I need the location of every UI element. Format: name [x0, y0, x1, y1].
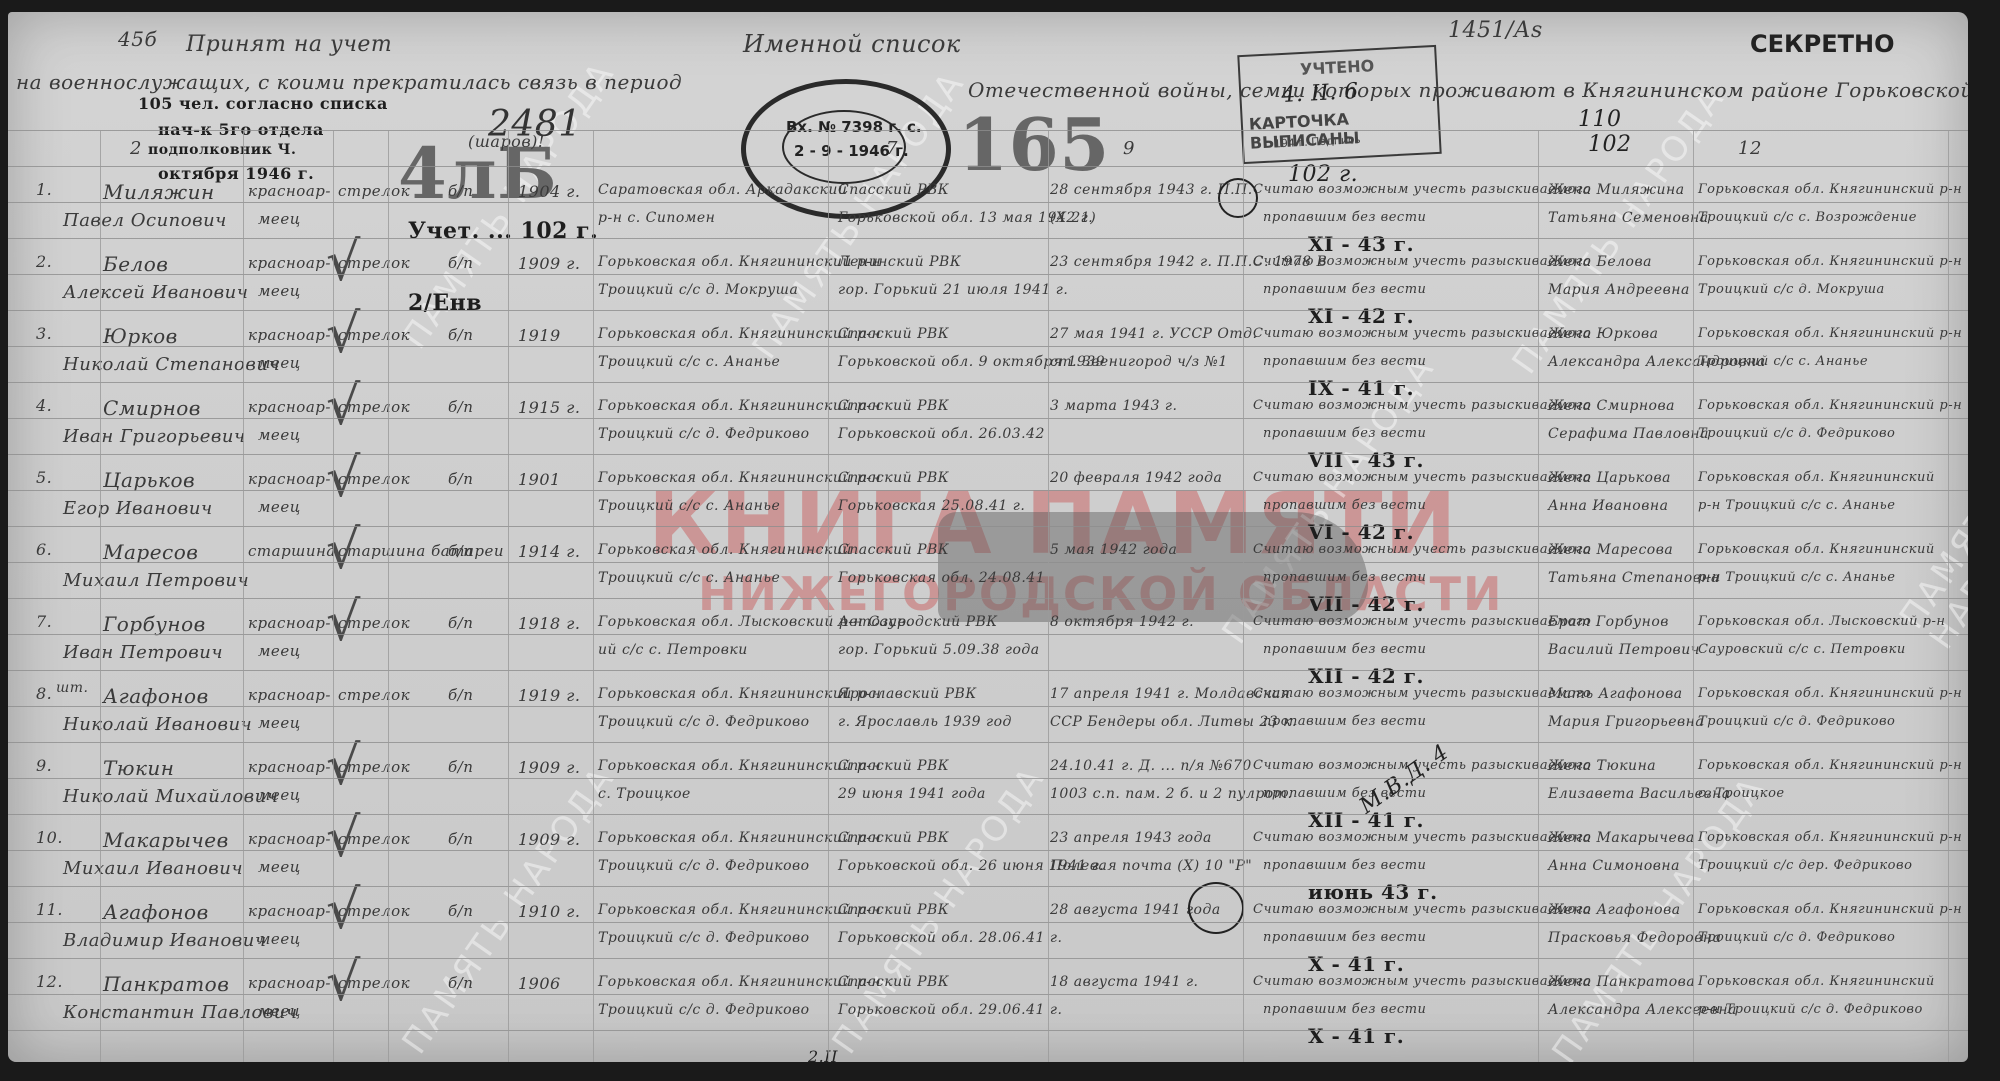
- last-contact-cont: ст. Звенигород ч/з №1: [1050, 354, 1228, 370]
- birth-year: 1914 г.: [518, 542, 580, 561]
- surname: Белов: [103, 252, 168, 276]
- checkmark-icon: √: [326, 230, 360, 293]
- ruled-line: [8, 454, 1968, 455]
- relative: Брат Горбунов: [1548, 614, 1669, 630]
- ruled-line: [8, 886, 1968, 887]
- decision-note-cont: пропавшим без вести: [1263, 642, 1426, 657]
- row-number: 12.: [36, 972, 63, 991]
- ruled-line: [8, 706, 1968, 707]
- row-number: 11.: [36, 900, 63, 919]
- row-number: 2.: [36, 252, 52, 271]
- fraction-bottom: 102: [1588, 132, 1632, 157]
- birth-year: 1906: [518, 974, 561, 993]
- annotation: Учет. ... 102 г.: [408, 218, 598, 244]
- draft-office: Спасский РВК: [838, 542, 949, 558]
- document-title: Именной список: [743, 30, 961, 58]
- rank-cont: меец: [258, 786, 301, 804]
- ruled-line: [8, 274, 1968, 275]
- ruled-line: [8, 310, 1968, 311]
- ruled-line: [8, 778, 1968, 779]
- row-number: 7.: [36, 612, 52, 631]
- ruled-line: [8, 634, 1968, 635]
- bottom-mark: 2.II: [808, 1047, 838, 1062]
- decision-note-cont: пропавшим без вести: [1263, 714, 1426, 729]
- birth-year: 1909 г.: [518, 758, 580, 777]
- ruled-line: [8, 670, 1968, 671]
- relative: Жена Смирнова: [1548, 398, 1675, 414]
- draft-date: Горьковская 25.08.41 г.: [838, 498, 1025, 514]
- given-name-patronymic: Владимир Иванович: [63, 930, 267, 951]
- family-address-cont: р-н Троицкий с/с с. Ананье: [1698, 570, 1895, 585]
- col-header-2: 2: [130, 138, 142, 159]
- decision-note: Считаю возможным учесть разыскиваемого: [1253, 182, 1591, 197]
- birthplace-cont: Троицкий с/с д. Федриково: [598, 1002, 810, 1018]
- decision-note: Считаю возможным учесть разыскиваемого: [1253, 326, 1591, 341]
- relative: Жена Макарычева: [1548, 830, 1695, 846]
- relative-name: Татьяна Семеновна: [1548, 210, 1709, 226]
- intro-text-right: Отечественной войны, семьи которых прожи…: [968, 78, 1968, 102]
- rank: старшина: [248, 542, 336, 560]
- note-accepted: Принят на учет: [186, 32, 392, 57]
- birthplace-cont: Троицкий с/с д. Федриково: [598, 858, 810, 874]
- column-divider: [1243, 130, 1244, 1062]
- ruled-line: [8, 166, 1968, 167]
- last-contact-cont: Полевая почта (Х) 10 "Р": [1050, 858, 1252, 874]
- surname: Царьков: [103, 468, 195, 492]
- row-number: 6.: [36, 540, 52, 559]
- party-status: б/п: [448, 398, 473, 416]
- draft-office: Спасский РВК: [838, 398, 949, 414]
- column-divider: [1048, 130, 1049, 1062]
- checkmark-icon: √: [326, 590, 360, 653]
- rank: красноар-: [248, 182, 331, 200]
- ruled-line: [8, 922, 1968, 923]
- given-name-patronymic: Егор Иванович: [63, 498, 213, 519]
- stamp-rect-mid: 4. II. 6: [1281, 79, 1360, 108]
- birthplace-cont: Троицкий с/с д. Федриково: [598, 930, 810, 946]
- last-contact: 18 августа 1941 г.: [1050, 974, 1198, 990]
- family-address-cont: р-н Троицкий с/с д. Федриково: [1698, 1002, 1923, 1017]
- column-divider: [388, 130, 389, 1062]
- decision-note: Считаю возможным учесть разыскиваемого: [1253, 830, 1591, 845]
- ruled-line: [8, 598, 1968, 599]
- decision-note-cont: пропавшим без вести: [1263, 210, 1426, 225]
- relative: Жена Миляжина: [1548, 182, 1685, 198]
- checkmark-icon: √: [326, 878, 360, 941]
- decision-note: Считаю возможным учесть разыскиваемого: [1253, 542, 1591, 557]
- missing-date: VII - 43 г.: [1308, 448, 1424, 472]
- party-status: б/п: [448, 902, 473, 920]
- note-number: 45б: [118, 27, 157, 51]
- surname: Горбунов: [103, 612, 206, 636]
- missing-date: XII - 42 г.: [1308, 664, 1424, 688]
- draft-office: Спасский РВК: [838, 470, 949, 486]
- fraction-top: 110: [1578, 107, 1622, 132]
- rank: красноар-: [248, 326, 331, 344]
- relative-name: Мария Андреевна: [1548, 282, 1690, 298]
- ruled-line: [8, 1030, 1968, 1031]
- row-number: 10.: [36, 828, 63, 847]
- family-address: Горьковская обл. Княгининский: [1698, 470, 1935, 485]
- ruled-line: [8, 346, 1968, 347]
- column-divider: [1948, 130, 1949, 1062]
- ruled-line: [8, 418, 1968, 419]
- birthplace: Горьковская обл. Княгининский: [598, 542, 852, 558]
- draft-date: г. Ярославль 1939 год: [838, 714, 1012, 730]
- given-name-patronymic: Николай Михайлович: [63, 786, 278, 807]
- rank: красноар-: [248, 470, 331, 488]
- family-address: Горьковская обл. Княгининский р-н: [1698, 758, 1962, 773]
- family-address-cont: Троицкий с/с д. Федриково: [1698, 426, 1895, 441]
- draft-date: гор. Горький 21 июля 1941 г.: [838, 282, 1068, 298]
- given-name-patronymic: Павел Осипович: [63, 210, 227, 231]
- birthplace-cont: Троицкий с/с с. Ананье: [598, 354, 780, 370]
- decision-note-cont: пропавшим без вести: [1263, 858, 1426, 873]
- last-contact-cont: 1003 с.п. пам. 2 б. и 2 пулрот.: [1050, 786, 1292, 802]
- relative-name: Анна Симоновна: [1548, 858, 1680, 874]
- column-divider: [593, 130, 594, 1062]
- relative-name: Анна Ивановна: [1548, 498, 1668, 514]
- last-contact: 5 мая 1942 года: [1050, 542, 1177, 558]
- given-name-patronymic: Николай Иванович: [63, 714, 252, 735]
- family-address-cont: Троицкий с/с д. Федриково: [1698, 714, 1895, 729]
- birthplace-cont: Троицкий с/с д. Мокруша: [598, 282, 798, 298]
- party-status: б/п: [448, 326, 473, 344]
- missing-date: VII - 42 г.: [1308, 592, 1424, 616]
- family-address-cont: Троицкий с/с с. Ананье: [1698, 354, 1868, 369]
- last-contact: 23 апреля 1943 года: [1050, 830, 1212, 846]
- relative-name: Серафима Павловна: [1548, 426, 1709, 442]
- ruled-line: [8, 994, 1968, 995]
- surname: Макарычев: [103, 828, 229, 852]
- draft-date: Горьковской обл. 26.03.42: [838, 426, 1045, 442]
- surname: Юрков: [103, 324, 178, 348]
- decision-note-cont: пропавшим без вести: [1263, 930, 1426, 945]
- column-divider: [243, 130, 244, 1062]
- rank: красноар-: [248, 830, 331, 848]
- column-divider: [333, 130, 334, 1062]
- surname: Панкратов: [103, 972, 229, 996]
- birthplace-cont: Троицкий с/с с. Ананье: [598, 498, 780, 514]
- row-number: 1.: [36, 180, 52, 199]
- family-address: Горьковская обл. Княгининский р-н: [1698, 902, 1962, 917]
- decision-note: Считаю возможным учесть разыскиваемого: [1253, 686, 1591, 701]
- relative: Жена Юркова: [1548, 326, 1659, 342]
- draft-date: 29 июня 1941 года: [838, 786, 986, 802]
- family-address: Горьковская обл. Княгининский р-н: [1698, 326, 1962, 341]
- given-name-patronymic: Михаил Иванович: [63, 858, 243, 879]
- archival-document-sheet: КНИГА ПАМЯТИ НИЖЕГОРОДСКОЙ ОБЛАСТИ ПАМЯТ…: [8, 12, 1968, 1062]
- draft-date: Горьковская обл. 24.08.41: [838, 570, 1045, 586]
- draft-office: Спасский РВК: [838, 974, 949, 990]
- decision-note-cont: пропавшим без вести: [1263, 1002, 1426, 1017]
- decision-note-cont: пропавшим без вести: [1263, 498, 1426, 513]
- relative: Жена Панкратова: [1548, 974, 1695, 990]
- family-address: Горьковская обл. Княгининский р-н: [1698, 830, 1962, 845]
- ruled-line: [8, 238, 1968, 239]
- family-address: Горьковская обл. Княгининский р-н: [1698, 398, 1962, 413]
- decision-note-cont: пропавшим без вести: [1263, 426, 1426, 441]
- family-address-cont: Троицкий с/с д. Федриково: [1698, 930, 1895, 945]
- birth-year: 1919 г.: [518, 686, 580, 705]
- checkmark-icon: √: [326, 806, 360, 869]
- column-divider: [828, 130, 829, 1062]
- decision-note: Считаю возможным учесть разыскиваемого: [1253, 974, 1591, 989]
- draft-office: Спасский РВК: [838, 902, 949, 918]
- draft-date: Горьковской обл. 28.06.41 г.: [838, 930, 1062, 946]
- family-address-cont: р-н Троицкий с/с с. Ананье: [1698, 498, 1895, 513]
- relative: Жена Тюкина: [1548, 758, 1656, 774]
- row-number: 8.: [36, 684, 52, 703]
- missing-date: XI - 43 г.: [1308, 232, 1414, 256]
- rank-cont: меец: [258, 498, 301, 516]
- family-address-cont: Троицкий с/с дер. Федриково: [1698, 858, 1912, 873]
- last-contact: 24.10.41 г. Д. ... п/я №670: [1050, 758, 1252, 774]
- surname: Агафонов: [103, 684, 209, 708]
- relative-name: Василий Петрович: [1548, 642, 1700, 658]
- intro-text-left: на военнослужащих, с коими прекратилась …: [16, 70, 682, 94]
- rank: красноар-: [248, 974, 331, 992]
- birth-year: 1904 г.: [518, 182, 580, 201]
- birthplace-cont: Троицкий с/с с. Ананье: [598, 570, 780, 586]
- surname: Миляжин: [103, 180, 215, 204]
- annotation: 2/Енв: [408, 290, 482, 316]
- surname: Тюкин: [103, 756, 174, 780]
- family-address: Горьковская обл. Княгининский: [1698, 974, 1935, 989]
- draft-date: Горьковской обл. 29.06.41 г.: [838, 1002, 1062, 1018]
- position: старшина батареи: [338, 542, 504, 560]
- party-status: б/п: [448, 254, 473, 272]
- relative-name: Татьяна Степановна: [1548, 570, 1720, 586]
- stamp-incoming-number: Вх. № 7398 г. с.: [786, 118, 922, 136]
- given-name-patronymic: Иван Петрович: [63, 642, 223, 663]
- missing-date: июнь 43 г.: [1308, 880, 1438, 904]
- decision-note-cont: пропавшим без вести: [1263, 354, 1426, 369]
- last-contact: 27 мая 1941 г. УССР Отд.: [1050, 326, 1257, 342]
- rank: красноар-: [248, 686, 331, 704]
- checkmark-icon: √: [326, 302, 360, 365]
- relative: Мать Агафонова: [1548, 686, 1683, 702]
- family-address: Горьковская обл. Лысковский р-н: [1698, 614, 1945, 629]
- birth-year: 1909 г.: [518, 254, 580, 273]
- draft-office: Спасский РВК: [838, 830, 949, 846]
- circled-x-mark: [1218, 178, 1258, 218]
- last-contact-cont: ССР Бендеры обл. Литвы 23 к.: [1050, 714, 1297, 730]
- ruled-line: [8, 562, 1968, 563]
- decision-note-cont: пропавшим без вести: [1263, 282, 1426, 297]
- checkmark-icon: √: [326, 950, 360, 1013]
- party-status: б/п: [448, 686, 473, 704]
- rank: красноар-: [248, 614, 331, 632]
- given-name-patronymic: Михаил Петрович: [63, 570, 249, 591]
- col-header-12: 12: [1738, 138, 1762, 159]
- note-signed: подполковник Ч.: [148, 142, 296, 158]
- decision-note: Считаю возможным учесть разыскиваемого: [1253, 902, 1591, 917]
- party-status: б/п: [448, 974, 473, 992]
- given-name-patronymic: Николай Степанович: [63, 354, 280, 375]
- missing-date: XI - 42 г.: [1308, 304, 1414, 328]
- relative: Жена Белова: [1548, 254, 1652, 270]
- birthplace-cont: Троицкий с/с д. Федриково: [598, 714, 810, 730]
- position: стрелок: [338, 182, 410, 200]
- checkmark-icon: √: [326, 446, 360, 509]
- rank-cont: меец: [258, 930, 301, 948]
- checkmark-icon: √: [326, 518, 360, 581]
- party-status: б/п: [448, 830, 473, 848]
- given-name-patronymic: Алексей Иванович: [63, 282, 248, 303]
- party-status: б/п: [448, 182, 473, 200]
- decision-note: Считаю возможным учесть разыскиваемого: [1253, 398, 1591, 413]
- rank: красноар-: [248, 758, 331, 776]
- decision-note: Считаю возможным учесть разыскиваемого: [1253, 614, 1591, 629]
- birth-year: 1915 г.: [518, 398, 580, 417]
- note-shadrov: (шаров)!: [468, 132, 545, 151]
- draft-office: Спасский РВК: [838, 326, 949, 342]
- birth-year: 1919: [518, 326, 561, 345]
- rank-cont: меец: [258, 1002, 301, 1020]
- rank-cont: меец: [258, 858, 301, 876]
- decision-note: Считаю возможным учесть разыскиваемого: [1253, 254, 1591, 269]
- surname: Маресов: [103, 540, 198, 564]
- rank-cont: меец: [258, 210, 301, 228]
- rank-cont: меец: [258, 426, 301, 444]
- last-contact-cont: (Х 21): [1050, 210, 1096, 226]
- party-status: б/п: [448, 470, 473, 488]
- family-address: Горьковская обл. Княгининский р-н: [1698, 182, 1962, 197]
- circled-x-mark: [1188, 882, 1244, 934]
- ruled-line: [8, 850, 1968, 851]
- rank-cont: меец: [258, 282, 301, 300]
- birth-year: 1909 г.: [518, 830, 580, 849]
- checkmark-icon: √: [326, 374, 360, 437]
- birthplace-cont: р-н с. Сипомен: [598, 210, 715, 226]
- ruled-line: [8, 490, 1968, 491]
- relative: Жена Маресова: [1548, 542, 1673, 558]
- rank-cont: меец: [258, 354, 301, 372]
- family-address-cont: Сауровский с/с с. Петровки: [1698, 642, 1906, 657]
- draft-office: Ярославский РВК: [838, 686, 977, 702]
- column-divider: [100, 130, 101, 1062]
- ruled-line: [8, 130, 1968, 131]
- given-name-patronymic: Иван Григорьевич: [63, 426, 246, 447]
- relative-name: Мария Григорьевна: [1548, 714, 1704, 730]
- column-divider: [1693, 130, 1694, 1062]
- family-address-cont: с. Троицкое: [1698, 786, 1785, 801]
- position: стрелок: [338, 686, 410, 704]
- rank-cont: меец: [258, 714, 301, 732]
- birth-year: 1918 г.: [518, 614, 580, 633]
- family-address: Горьковская обл. Княгининский: [1698, 542, 1935, 557]
- family-address-cont: Троицкий с/с д. Мокруша: [1698, 282, 1885, 297]
- rank-cont: меец: [258, 642, 301, 660]
- surname: Смирнов: [103, 396, 201, 420]
- column-divider: [1538, 130, 1539, 1062]
- rank: красноар-: [248, 254, 331, 272]
- classification-secret: СЕКРЕТНО: [1750, 30, 1894, 58]
- ruled-line: [8, 382, 1968, 383]
- top-annotation: 1451/Аs: [1448, 18, 1543, 43]
- row-number: 5.: [36, 468, 52, 487]
- ruled-line: [8, 526, 1968, 527]
- birth-year: 1901: [518, 470, 561, 489]
- row-number: 4.: [36, 396, 52, 415]
- missing-date: X - 41 г.: [1308, 1024, 1404, 1048]
- oval-stamp-incoming: Вх. № 7398 г. с. 2 - 9 - 1946 г.: [741, 79, 951, 219]
- missing-date: X - 41 г.: [1308, 952, 1404, 976]
- draft-office: Автозаводский РВК: [838, 614, 998, 630]
- family-address-cont: Троицкий с/с с. Возрождение: [1698, 210, 1917, 225]
- rect-stamp-uchteno: УЧТЕНО 4. II. 6 КАРТОЧКА ВЫПИСАНЫ 194 г.…: [1237, 45, 1441, 164]
- surname: Агафонов: [103, 900, 209, 924]
- ruled-line: [8, 202, 1968, 203]
- stamp-incoming-date: 2 - 9 - 1946 г.: [794, 142, 909, 160]
- birthplace-cont: Троицкий с/с д. Федриково: [598, 426, 810, 442]
- col-header-9: 9: [1123, 138, 1135, 159]
- note-count: 105 чел. согласно списка: [138, 94, 388, 113]
- birthplace-cont: ий с/с с. Петровки: [598, 642, 748, 658]
- party-status: б/п: [448, 542, 473, 560]
- last-contact: 20 февраля 1942 года: [1050, 470, 1222, 486]
- watermark-pamyat-naroda: ПАМЯТЬ НАРОДА: [1893, 480, 1968, 656]
- last-contact: 8 октября 1942 г.: [1050, 614, 1194, 630]
- draft-office: Спасский РВК: [838, 758, 949, 774]
- party-status: б/п: [448, 758, 473, 776]
- rank: красноар-: [248, 902, 331, 920]
- stamp-uchteno: УЧТЕНО: [1300, 56, 1375, 79]
- family-address: Горьковская обл. Княгининский р-н: [1698, 254, 1962, 269]
- ruled-line: [8, 958, 1968, 959]
- missing-date: IX - 41 г.: [1308, 376, 1414, 400]
- draft-office: Ленинский РВК: [838, 254, 961, 270]
- party-status: б/п: [448, 614, 473, 632]
- row-prefix: шт.: [56, 680, 89, 696]
- birth-year: 1910 г.: [518, 902, 580, 921]
- birthplace-cont: с. Троицкое: [598, 786, 691, 802]
- pencil-mark-165: 165: [958, 102, 1110, 187]
- rank: красноар-: [248, 398, 331, 416]
- tape-repair: [938, 512, 1368, 622]
- draft-date: гор. Горький 5.09.38 года: [838, 642, 1040, 658]
- decision-note-cont: пропавшим без вести: [1263, 570, 1426, 585]
- column-divider: [508, 130, 509, 1062]
- row-number: 3.: [36, 324, 52, 343]
- missing-date: VI - 42 г.: [1308, 520, 1414, 544]
- ruled-line: [8, 814, 1968, 815]
- last-contact: 3 марта 1943 г.: [1050, 398, 1177, 414]
- relative: Жена Царькова: [1548, 470, 1671, 486]
- decision-note: Считаю возможным учесть разыскиваемого: [1253, 470, 1591, 485]
- relative-name: Прасковья Федоровна: [1548, 930, 1721, 946]
- family-address: Горьковская обл. Княгининский р-н: [1698, 686, 1962, 701]
- row-number: 9.: [36, 756, 52, 775]
- checkmark-icon: √: [326, 734, 360, 797]
- relative: Жена Агафонова: [1548, 902, 1681, 918]
- ruled-line: [8, 742, 1968, 743]
- draft-office: Спасский РВК: [838, 182, 949, 198]
- birthplace: Саратовская обл. Аркадакский: [598, 182, 847, 198]
